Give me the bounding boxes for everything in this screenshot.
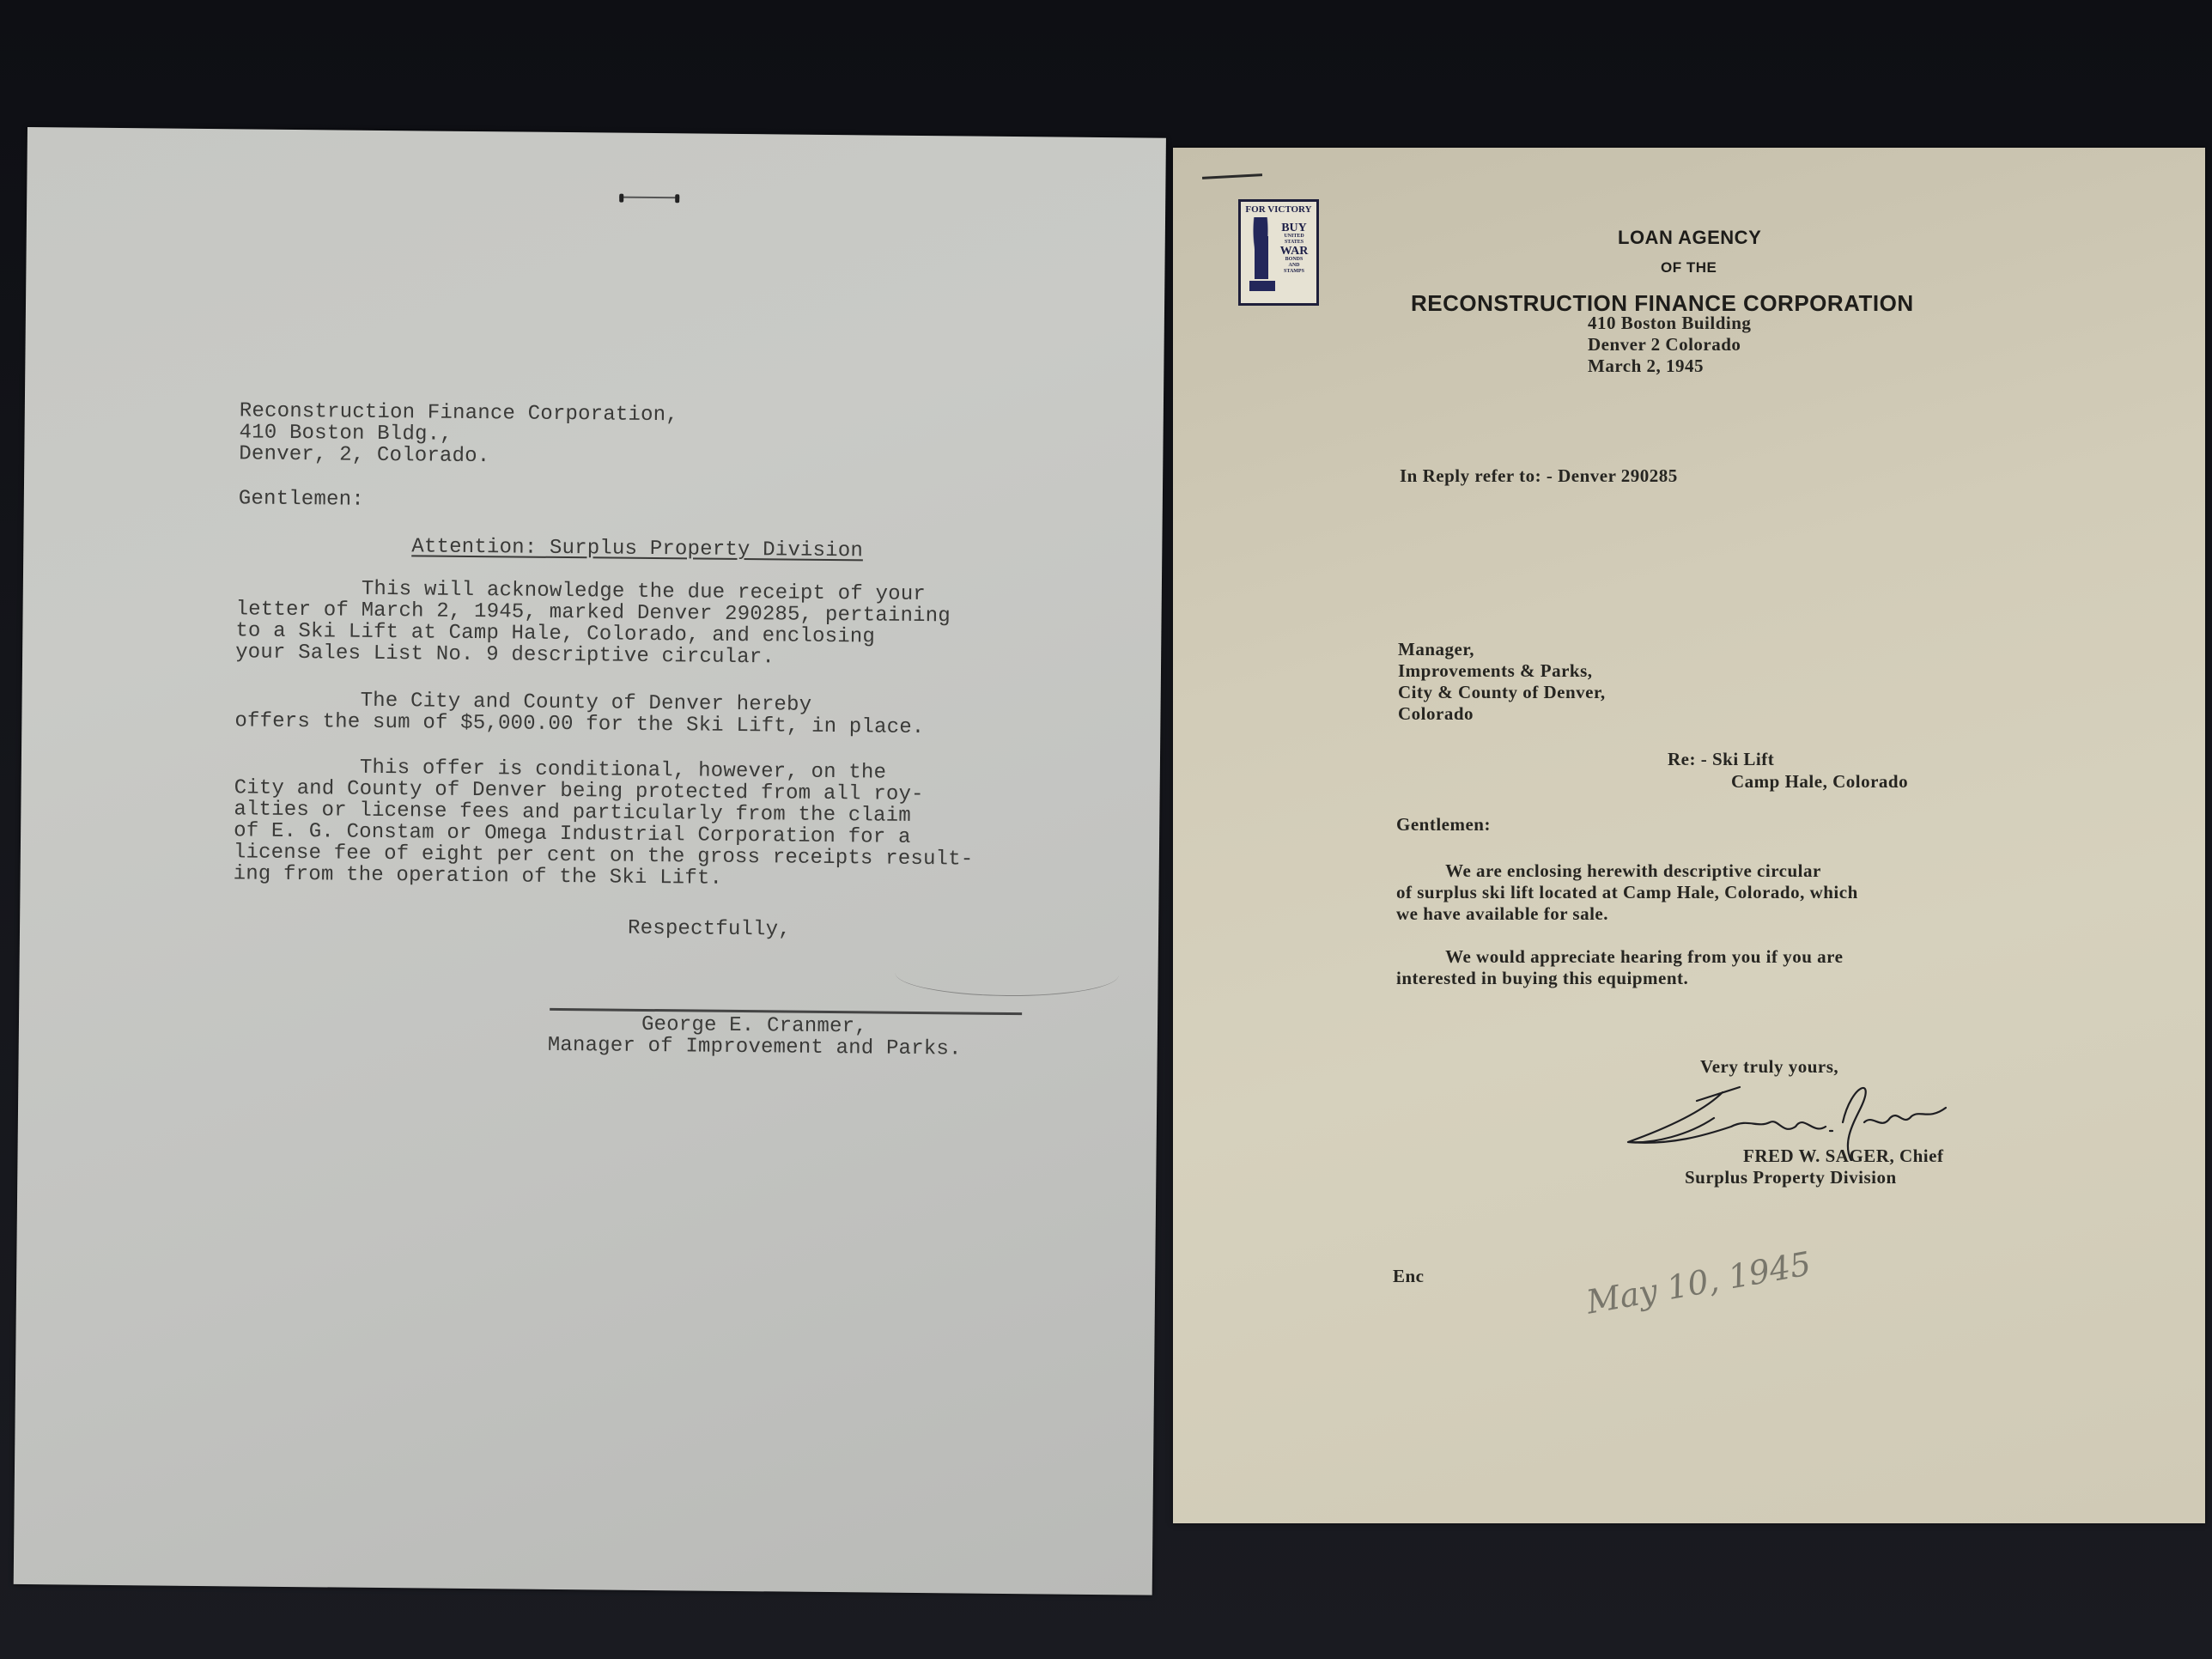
address-line: 410 Boston Building bbox=[1588, 313, 1751, 334]
paragraph-acknowledgement: This will acknowledge the due receipt of… bbox=[235, 577, 951, 670]
pencil-date-note: May 10, 1945 bbox=[1583, 1244, 1814, 1321]
subject-location: Camp Hale, Colorado bbox=[1731, 771, 1908, 793]
pencil-arc-mark bbox=[895, 951, 1118, 997]
signer-title: Surplus Property Division bbox=[1685, 1167, 1897, 1188]
war-bonds-stamp: FOR VICTORY BUY UNITED STATES WAR BONDS … bbox=[1238, 199, 1319, 306]
right-letter-page: FOR VICTORY BUY UNITED STATES WAR BONDS … bbox=[1173, 148, 2205, 1523]
text-line: of surplus ski lift located at Camp Hale… bbox=[1396, 882, 1858, 903]
pen-mark bbox=[1202, 173, 1262, 179]
enclosure-note: Enc bbox=[1393, 1266, 1425, 1287]
closing: Respectfully, bbox=[628, 918, 791, 941]
address-line: Improvements & Parks, bbox=[1398, 660, 1606, 682]
address-line: City & County of Denver, bbox=[1398, 682, 1606, 703]
subject-line: Re: - Ski Lift bbox=[1668, 749, 1774, 770]
sender-address: 410 Boston BuildingDenver 2 ColoradoMarc… bbox=[1588, 313, 1751, 377]
letter-date: March 2, 1945 bbox=[1588, 355, 1751, 377]
signer-name: FRED W. SAGER, Chief bbox=[1743, 1145, 1943, 1167]
stamp-word: BONDS bbox=[1275, 257, 1313, 263]
stamp-text: BUY UNITED STATES WAR BONDS AND STAMPS bbox=[1275, 222, 1313, 275]
letterhead-line1: LOAN AGENCY bbox=[1618, 227, 1761, 249]
stamp-title: FOR VICTORY bbox=[1243, 204, 1315, 215]
text-line: interested in buying this equipment. bbox=[1396, 968, 1843, 989]
letterhead-line2: OF THE bbox=[1661, 259, 1717, 276]
signer-title: Manager of Improvement and Parks. bbox=[548, 1035, 962, 1060]
address-line: Denver 2 Colorado bbox=[1588, 334, 1751, 355]
reference-line: In Reply refer to: - Denver 290285 bbox=[1400, 465, 1678, 487]
address-line: Colorado bbox=[1398, 703, 1606, 725]
text-line: offers the sum of $5,000.00 for the Ski … bbox=[234, 710, 924, 738]
address-line: Denver, 2, Colorado. bbox=[239, 443, 678, 469]
stamp-word: WAR bbox=[1275, 246, 1313, 257]
text-line: We are enclosing herewith descriptive ci… bbox=[1396, 860, 1858, 882]
paragraph-enclosure: We are enclosing herewith descriptive ci… bbox=[1396, 860, 1858, 925]
recipient-address: Reconstruction Finance Corporation,410 B… bbox=[239, 400, 678, 469]
paragraph-request: We would appreciate hearing from you if … bbox=[1396, 946, 1843, 989]
recipient-address: Manager,Improvements & Parks,City & Coun… bbox=[1398, 639, 1606, 725]
text-line: we have available for sale. bbox=[1396, 903, 1858, 925]
staple-mark bbox=[619, 197, 679, 204]
address-line: Manager, bbox=[1398, 639, 1606, 660]
text-line: We would appreciate hearing from you if … bbox=[1396, 946, 1843, 968]
stamp-word: STAMPS bbox=[1275, 269, 1313, 275]
stamp-word: BUY bbox=[1275, 222, 1313, 234]
paragraph-conditions: This offer is conditional, however, on t… bbox=[234, 756, 975, 891]
attention-line: Attention: Surplus Property Division bbox=[411, 536, 863, 562]
minuteman-icon bbox=[1246, 217, 1275, 291]
left-letter-page: Reconstruction Finance Corporation,410 B… bbox=[14, 127, 1166, 1595]
salutation: Gentlemen: bbox=[239, 488, 364, 510]
paragraph-offer: The City and County of Denver herebyoffe… bbox=[234, 689, 925, 738]
stamp-word: UNITED bbox=[1275, 234, 1313, 240]
stamp-word: AND bbox=[1275, 263, 1313, 269]
salutation: Gentlemen: bbox=[1396, 814, 1491, 836]
